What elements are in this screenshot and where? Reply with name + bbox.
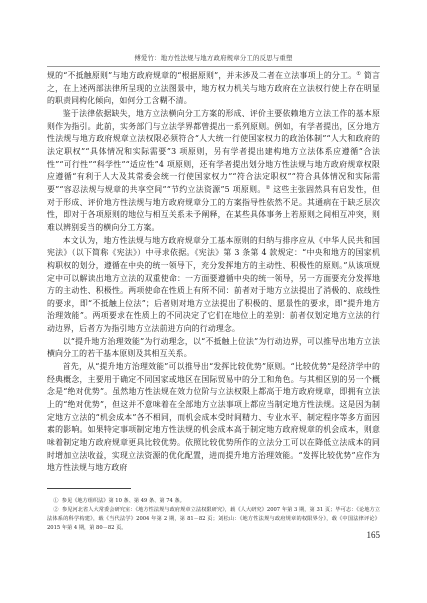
paragraph-text: 规的“不抵触原则”与地方政府规章的“根据原则”，并未涉及二者在立法事项上的分工。 bbox=[47, 71, 356, 80]
paragraph-3: 本文认为，地方性法规与地方政府规章分工基本原则的归纳与排序应从《中华人民共和国宪… bbox=[47, 235, 380, 336]
footnote-1: ① 参见《地方组织法》第 10 条、第 49 条、第 74 条。 bbox=[47, 497, 380, 506]
paragraph-4: 以“提升地方治理效能”为行动理念，以“不抵触上位法”为行动边界，可以推导出地方立… bbox=[47, 336, 380, 361]
page-number: 165 bbox=[355, 530, 380, 540]
paragraph-text: 首先，从“提升地方治理效能”可以推导出“发挥比较优势”原则。“比较优势”是经济学… bbox=[47, 362, 380, 472]
paragraph-1: 规的“不抵触原则”与地方政府规章的“根据原则”，并未涉及二者在立法事项上的分工。… bbox=[47, 70, 380, 108]
paragraph-text: 以“提升地方治理效能”为行动理念，以“不抵触上位法”为行动边界，可以推导出地方立… bbox=[47, 337, 380, 359]
header-rule bbox=[47, 66, 380, 67]
footnote-mark: ② bbox=[53, 507, 58, 513]
footnote-text: 参见《地方组织法》第 10 条、第 49 条、第 74 条。 bbox=[62, 498, 185, 504]
footnotes: ① 参见《地方组织法》第 10 条、第 49 条、第 74 条。 ② 参见河北省… bbox=[47, 497, 380, 533]
footnote-separator bbox=[47, 488, 131, 489]
journal-page: 傅爱竹：地方性法规与地方政府规章分工的反思与重塑 规的“不抵触原则”与地方政府规… bbox=[0, 0, 427, 603]
footnote-text: 参见河北省人大常委会研究室：《地方性法规与政府规章立法权限研究》，载《人大研究》… bbox=[47, 507, 380, 531]
paragraph-5: 首先，从“提升地方治理效能”可以推导出“发挥比较优势”原则。“比较优势”是经济学… bbox=[47, 361, 380, 475]
paragraph-text: 鉴于法律依据缺失，地方立法横向分工方案的形成、评价主要依赖地方立法工作的基本原则… bbox=[47, 109, 380, 194]
footnote-mark: ① bbox=[53, 498, 58, 504]
footnote-2: ② 参见河北省人大常委会研究室：《地方性法规与政府规章立法权限研究》，载《人大研… bbox=[47, 506, 380, 533]
paragraph-text: 本文认为，地方性法规与地方政府规章分工基本原则的归纳与排序应从《中华人民共和国宪… bbox=[47, 236, 380, 334]
paragraph-2: 鉴于法律依据缺失，地方立法横向分工方案的形成、评价主要依赖地方立法工作的基本原则… bbox=[47, 108, 380, 235]
running-head: 傅爱竹：地方性法规与地方政府规章分工的反思与重塑 bbox=[47, 53, 380, 62]
body-text: 规的“不抵触原则”与地方政府规章的“根据原则”，并未涉及二者在立法事项上的分工。… bbox=[47, 70, 380, 475]
